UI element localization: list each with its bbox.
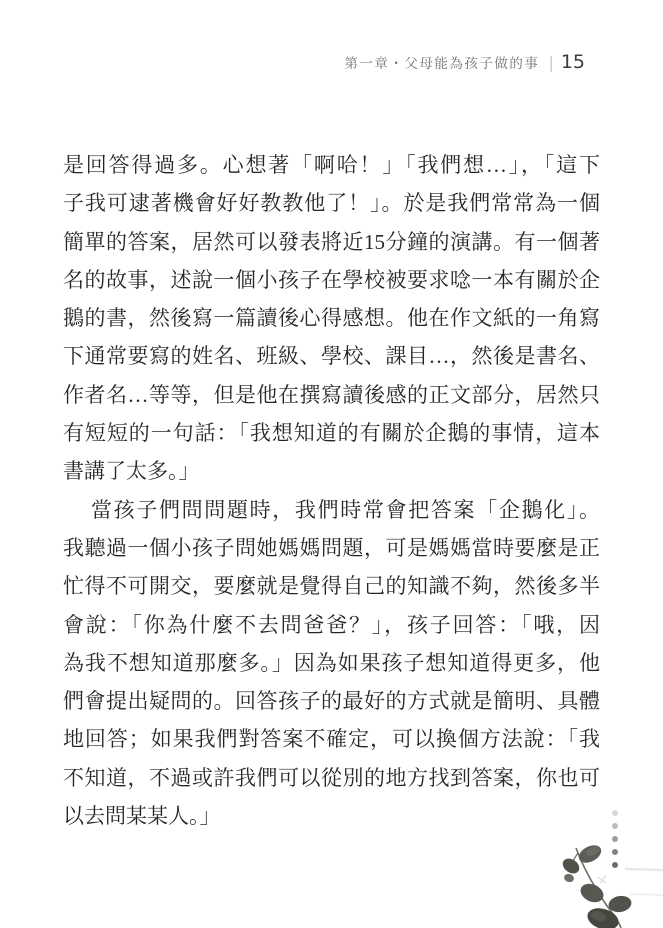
- body-line: 鵝的書，然後寫一篇讀後心得感想。他在作文紙的一角寫: [63, 299, 600, 337]
- body-line: 書講了太多。」: [63, 452, 600, 490]
- body-line: 不知道，不過或許我們可以從別的地方找到答案，你也可: [63, 759, 600, 797]
- body-line: 子我可逮著機會好好教教他了！」。於是我們常常為一個: [63, 184, 600, 222]
- body-text: 是回答得過多。心想著「啊哈！」「我們想…」，「這下子我可逮著機會好好教教他了！」…: [63, 146, 600, 835]
- eucalyptus-branch-icon: [530, 815, 663, 928]
- body-line: 會說：「你為什麼不去問爸爸？」，孩子回答：「哦，因: [63, 606, 600, 644]
- page-number: 15: [561, 51, 585, 73]
- book-page: 第一章・父母能為孩子做的事 | 15 是回答得過多。心想著「啊哈！」「我們想…」…: [0, 0, 663, 928]
- header-separator: |: [548, 53, 553, 72]
- body-line: 我聽過一個小孩子問她媽媽問題，可是媽媽當時要麼是正: [63, 529, 600, 567]
- body-line: 為我不想知道那麼多。」因為如果孩子想知道得更多，他: [63, 644, 600, 682]
- body-line: 有短短的一句話：「我想知道的有關於企鵝的事情，這本: [63, 414, 600, 452]
- chapter-title: 第一章・父母能為孩子做的事: [344, 52, 539, 72]
- body-line: 地回答；如果我們對答案不確定，可以換個方法說：「我: [63, 720, 600, 758]
- running-header: 第一章・父母能為孩子做的事 | 15: [344, 50, 585, 74]
- body-line: 以去問某某人。」: [63, 797, 600, 835]
- body-line: 名的故事，述說一個小孩子在學校被要求唸一本有關於企: [63, 261, 600, 299]
- body-line: 是回答得過多。心想著「啊哈！」「我們想…」，「這下: [63, 146, 600, 184]
- body-line: 當孩子們問問題時，我們時常會把答案「企鵝化」。: [63, 491, 600, 529]
- body-line: 作者名…等等，但是他在撰寫讀後感的正文部分，居然只: [63, 376, 600, 414]
- body-line: 忙得不可開交，要麼就是覺得自己的知識不夠，然後多半: [63, 567, 600, 605]
- body-line: 簡單的答案，居然可以發表將近15分鐘的演講。有一個著: [63, 223, 600, 261]
- body-line: 下通常要寫的姓名、班級、學校、課目…，然後是書名、: [63, 337, 600, 375]
- body-line: 們會提出疑問的。回答孩子的最好的方式就是簡明、具體: [63, 682, 600, 720]
- branch-illustration: [530, 815, 663, 928]
